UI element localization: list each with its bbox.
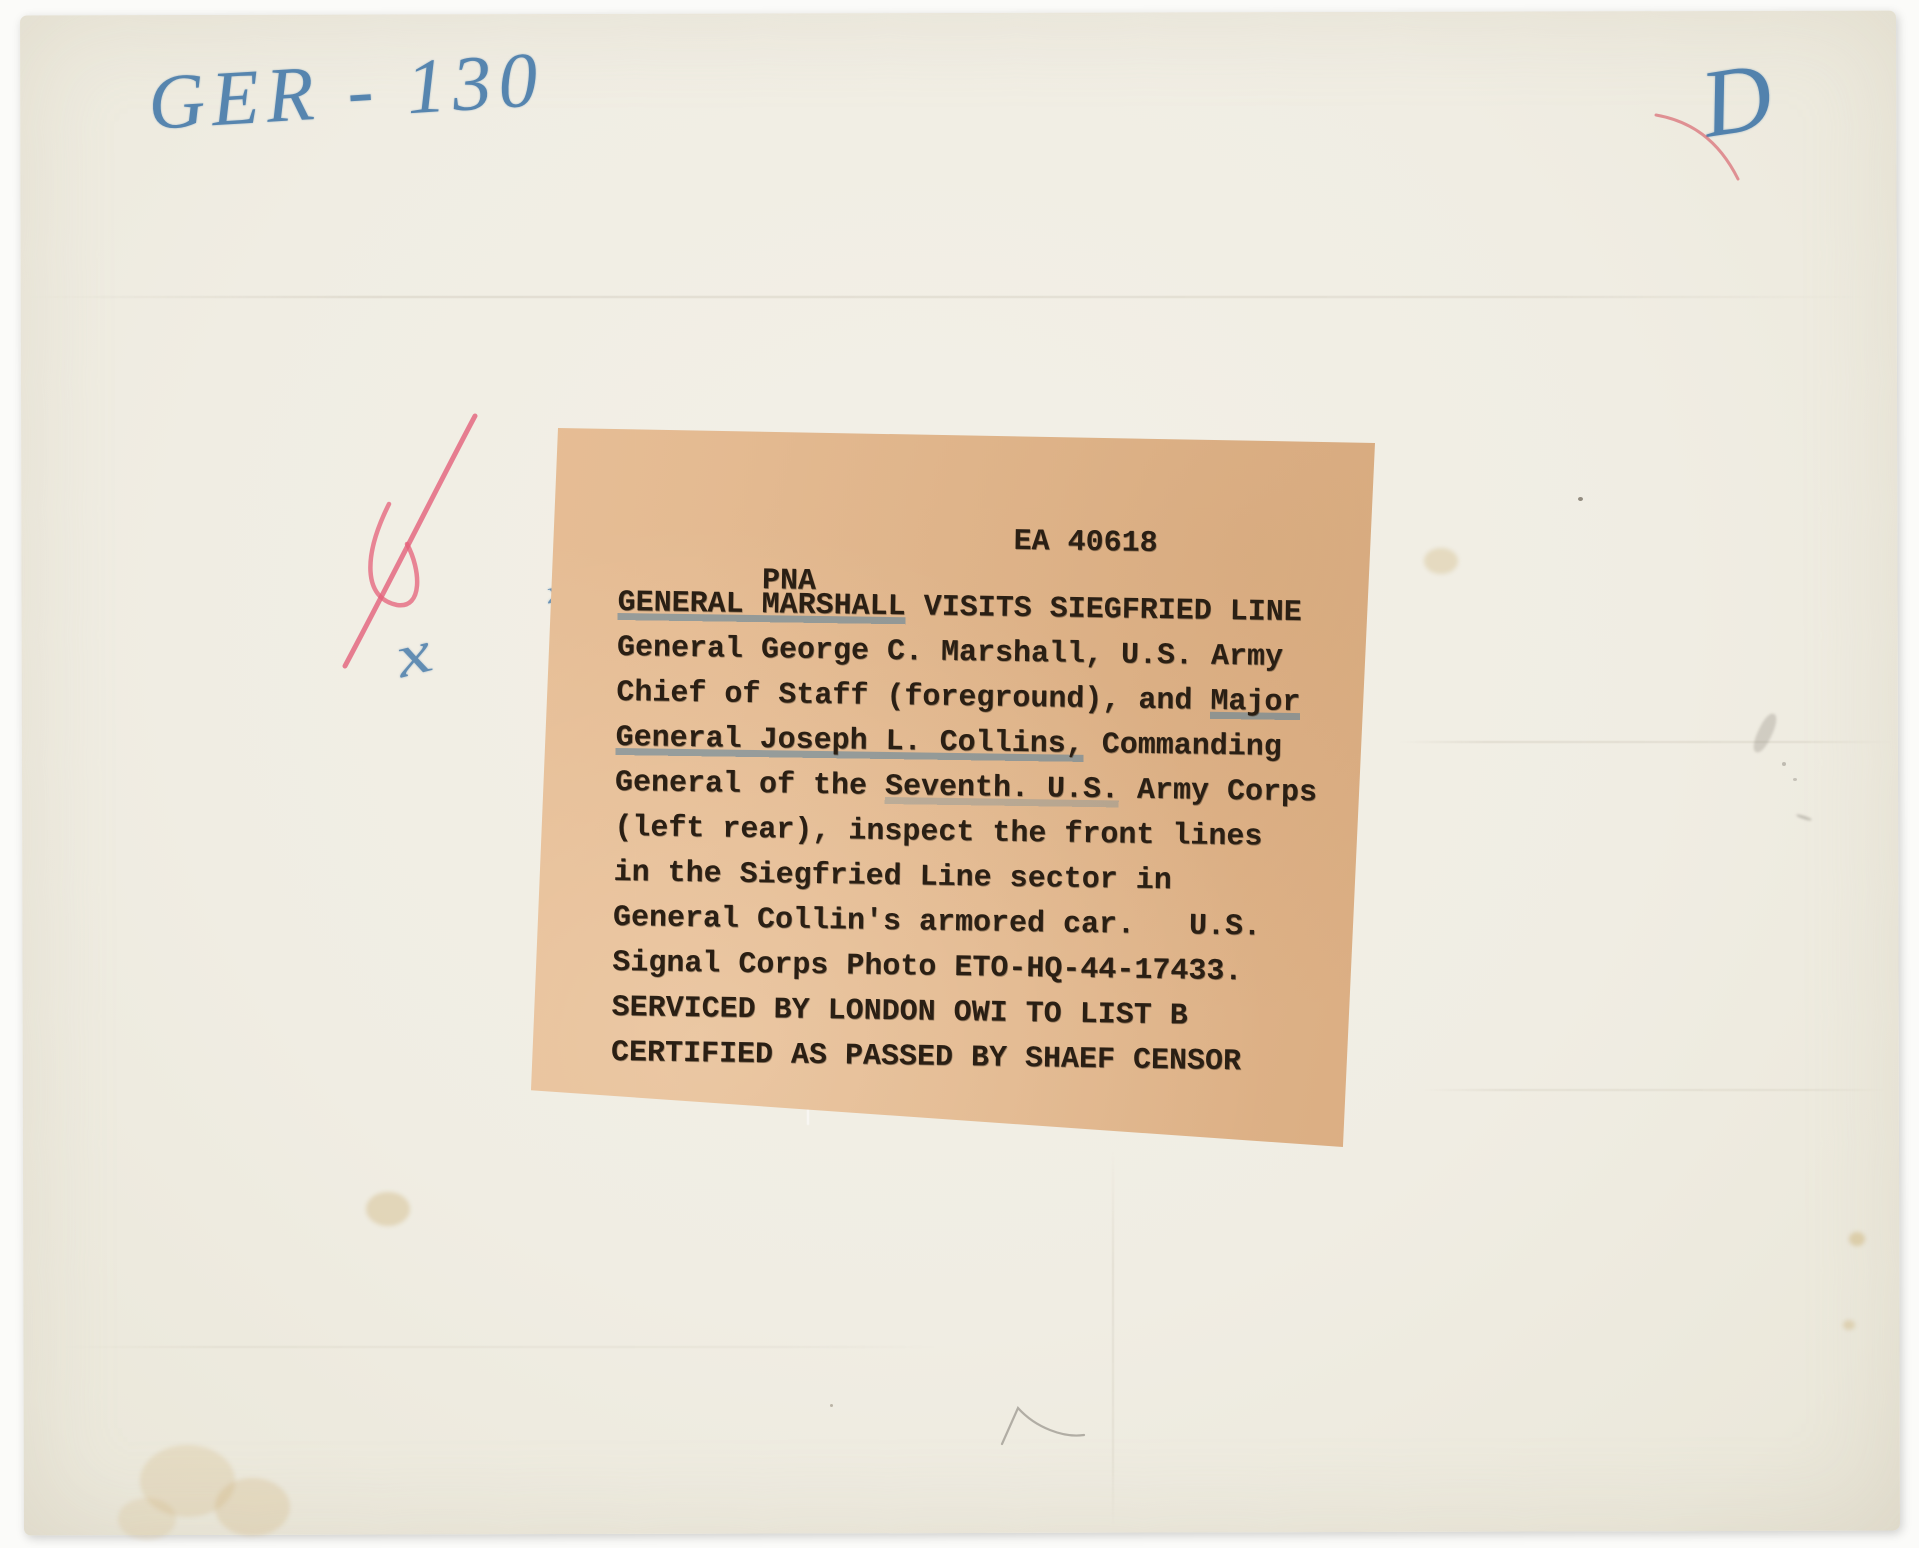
caption-line: CERTIFIED AS PASSED BY SHAEF CENSOR: [611, 1031, 1324, 1087]
caption-segment: SERVICED BY LONDON OWI TO LIST B: [611, 991, 1188, 1034]
caption-card: PNA EA 40618 GENERAL MARSHALL VISITS SIE…: [531, 428, 1375, 1147]
caption-segment: in the Siegfried Line sector in: [613, 856, 1172, 898]
caption-header-row: PNA EA 40618: [618, 512, 1331, 568]
caption-segment-underlined: Major: [1210, 685, 1301, 720]
stain: [1849, 1232, 1865, 1246]
caption-text-block: PNA EA 40618 GENERAL MARSHALL VISITS SIE…: [611, 512, 1331, 1087]
caption-segment: VISITS SIEGFRIED LINE: [905, 590, 1302, 630]
caption-segment-underlined: Seventh. U.S.: [885, 770, 1120, 807]
caption-segment: General Collin's armored car. U.S.: [613, 901, 1262, 945]
red-pen-stroke: [1650, 105, 1760, 195]
speck: [1793, 778, 1797, 781]
crease-line: [26, 296, 1872, 298]
caption-segment: General of the: [615, 766, 886, 804]
agency-code: PNA: [762, 564, 817, 599]
caption-segment: Signal Corps Photo ETO-HQ-44-17433.: [612, 946, 1243, 989]
caption-segment: Commanding: [1083, 728, 1282, 765]
crease-line: [1112, 1150, 1114, 1530]
caption-segment-underlined: General Joseph L. Collins,: [615, 721, 1084, 762]
stain: [366, 1192, 410, 1226]
caption-segment: (left rear), inspect the front lines: [614, 811, 1263, 855]
stain: [1843, 1320, 1855, 1330]
photo-id-number: EA 40618: [1013, 520, 1158, 567]
stain: [215, 1478, 290, 1536]
stain: [118, 1498, 176, 1540]
scanned-photo-verso: GER - 130 D x x PNA EA 40618 GENERAL MAR…: [0, 0, 1919, 1548]
speck: [1578, 497, 1583, 501]
stain: [1424, 548, 1458, 574]
pencil-check-mark: [998, 1402, 1088, 1447]
caption-segment: Army Corps: [1119, 773, 1318, 810]
crease-line: [1420, 1089, 1890, 1091]
speck: [1782, 762, 1786, 766]
speck: [830, 1404, 833, 1407]
crease-line: [1398, 741, 1892, 743]
crease-line: [60, 1346, 940, 1348]
caption-segment: CERTIFIED AS PASSED BY SHAEF CENSOR: [611, 1036, 1242, 1079]
